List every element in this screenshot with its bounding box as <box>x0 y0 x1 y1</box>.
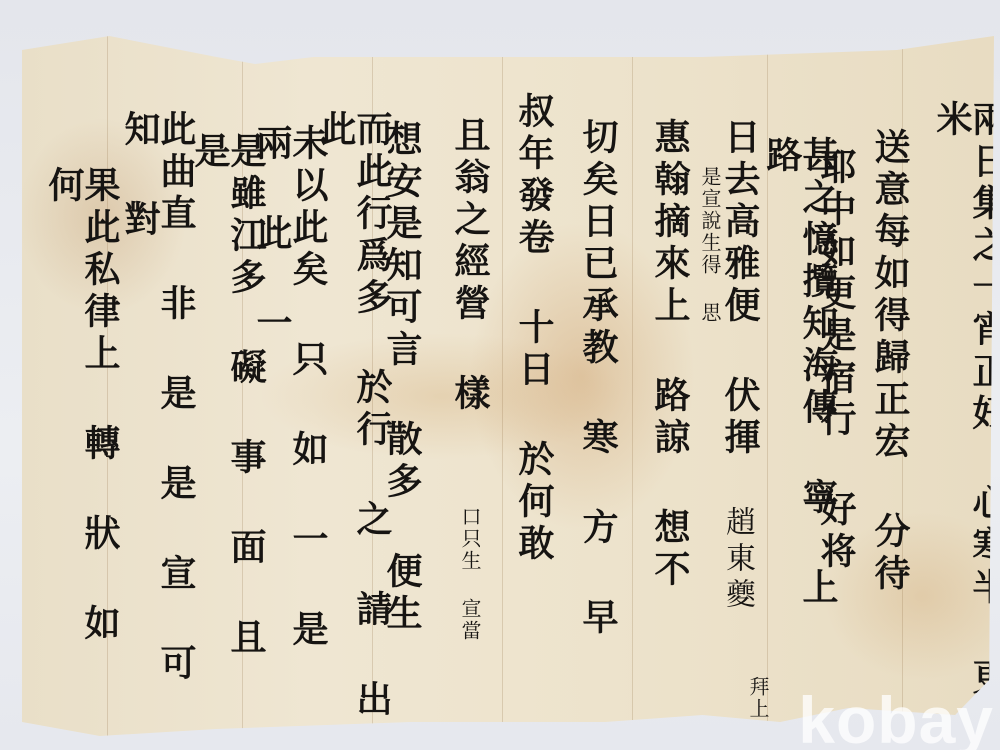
text-column-9-small: 口只生 宣當 <box>460 506 480 706</box>
text-column-13: 是雖江多 礙 事 面 且 是 <box>192 132 264 732</box>
text-column-6: 惠翰摘來上 路諒 想不 <box>652 118 688 678</box>
text-column-5: 日去高雅便 伏揮 <box>722 118 758 558</box>
fold-line <box>632 36 633 736</box>
text-column-15: 果此私律上 轉 狀 如何 <box>46 166 118 686</box>
text-column-14: 此曲直 非 是 是 宣 可 知 對 <box>122 110 194 730</box>
text-column-5-small: 是宣說生得 思 <box>700 166 720 486</box>
text-column-9: 且翁之經營 樣 <box>452 116 488 516</box>
text-column-4: 甚之憶攬知海傳 寧 上 路 <box>764 136 836 696</box>
text-column-2: 送意每如得歸正宏 分待 <box>872 128 908 728</box>
letter-paper: 兩日集之一宵正好 心寒半 更米 送意每如得歸正宏 分待 耶中如更是宿行 好将 甚… <box>22 36 994 736</box>
fold-line <box>502 36 503 736</box>
text-column-1: 兩日集之一宵正好 心寒半 更米 <box>934 100 1000 720</box>
text-column-8: 叔年發卷 十日 於何敢 <box>516 92 552 732</box>
signature-suffix: 拜上 <box>748 676 768 726</box>
signature-name: 趙東夔 <box>722 506 752 686</box>
text-column-7: 切矣日已承教 寒 方 早 <box>580 118 616 718</box>
watermark-logo: kobay <box>798 682 994 750</box>
